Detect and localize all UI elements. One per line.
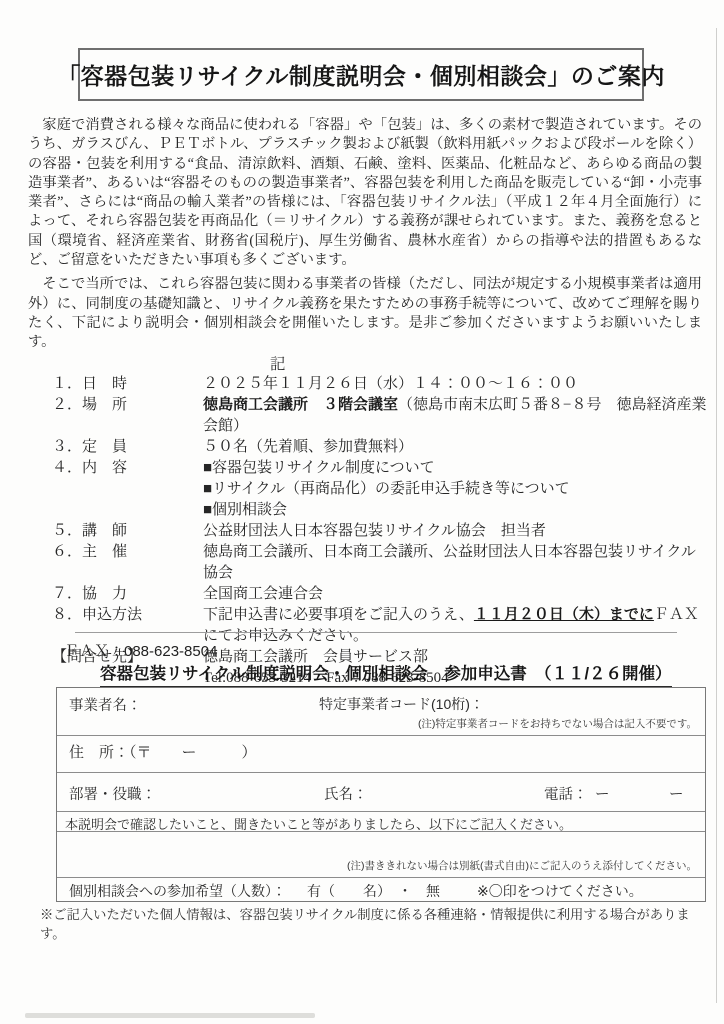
scan-edge-artifact bbox=[716, 28, 717, 1003]
form-row-questions-header: 本説明会で確認したいこと、聞きたいこと等がありましたら、以下にご記入ください。 bbox=[57, 812, 705, 832]
privacy-note: ※ご記入いただいた個人情報は、容器包装リサイクル制度に係る各種連絡・情報提供に利… bbox=[40, 904, 700, 942]
form-row-consultation: 個別相談会への参加希望（人数）： 有（ 名） ・ 無 ※〇印をつけてください。 bbox=[57, 878, 705, 901]
content-line-2: ■リサイクル（再商品化）の委託申込手続き等について bbox=[203, 479, 708, 500]
agenda-value: ■容器包装リサイクル制度について ■リサイクル（再商品化）の委託申込手続き等につ… bbox=[203, 458, 708, 521]
intro-paragraph-1: 家庭で消費される様々な商品に使われる「容器」や「包装」は、多くの素材で製造されて… bbox=[28, 116, 702, 270]
agenda-label: １．日 時 bbox=[52, 374, 203, 395]
application-form-table: 事業者名： 特定事業者コード(10桁)： (注)特定事業者コードをお持ちでない場… bbox=[56, 687, 706, 902]
agenda-item-datetime: １．日 時 ２０２５年１１月２６日（水）１４：００～１６：００ bbox=[52, 374, 708, 395]
agenda-value: 徳島商工会議所、日本商工会議所、公益財団法人日本容器包装リサイクル協会 bbox=[203, 542, 708, 584]
form-row-questions-space: (注)書ききれない場合は別紙(書式自由)にご記入のうえ添付してください。 bbox=[57, 832, 705, 878]
place-name: 徳島商工会議所 ３階会議室 bbox=[203, 397, 398, 413]
title-box: 「容器包装リサイクル制度説明会・個別相談会」のご案内 bbox=[78, 48, 644, 101]
agenda-value: 下記申込書に必要事項をご記入のうえ、１１月２０日（木）までにＦＡＸにてお申込みく… bbox=[203, 605, 708, 647]
form-row-person: 部署・役職： 氏名： 電話： ー ー bbox=[57, 773, 705, 812]
content-line-1: ■容器包装リサイクル制度について bbox=[203, 458, 708, 479]
business-code-note: (注)特定事業者コードをお持ちでない場合は記入不要です。 bbox=[418, 716, 697, 731]
agenda-value: ２０２５年１１月２６日（水）１４：００～１６：００ bbox=[203, 374, 708, 395]
questions-note: (注)書ききれない場合は別紙(書式自由)にご記入のうえ添付してください。 bbox=[347, 858, 697, 873]
application-deadline: １１月２０日（木）までに bbox=[474, 607, 654, 623]
agenda-label: ７．協 力 bbox=[52, 584, 203, 605]
agenda-value: ５０名（先着順、参加費無料） bbox=[203, 437, 708, 458]
consultation-options: 有（ 名） ・ 無 bbox=[307, 881, 440, 901]
application-pre: 下記申込書に必要事項をご記入のうえ、 bbox=[203, 607, 474, 623]
consultation-label: 個別相談会への参加希望（人数）： bbox=[69, 881, 286, 901]
cut-divider-line bbox=[75, 632, 677, 633]
agenda-item-organizer: ６．主 催 徳島商工会議所、日本商工会議所、公益財団法人日本容器包装リサイクル協… bbox=[52, 542, 708, 584]
phone-field-label: 電話： bbox=[544, 783, 588, 804]
agenda-label: ６．主 催 bbox=[52, 542, 203, 584]
agenda-label: ２．場 所 bbox=[52, 395, 203, 437]
phone-blank: ー ー bbox=[595, 783, 688, 804]
application-form-title: 容器包装リサイクル制度説明会・個別相談会 参加申込書 （１１/２６開催） bbox=[100, 660, 672, 688]
fax-number-line: ＦＡＸ：088-623-8504 bbox=[64, 640, 217, 661]
form-row-address: 住 所：（〒 ー ） bbox=[57, 736, 705, 773]
agenda-item-lecturer: ５．講 師 公益財団法人日本容器包装リサイクル協会 担当者 bbox=[52, 521, 708, 542]
intro-section: 家庭で消費される様々な商品に使われる「容器」や「包装」は、多くの素材で製造されて… bbox=[28, 116, 702, 353]
scan-smudge-artifact bbox=[25, 1013, 315, 1018]
department-field-label: 部署・役職： bbox=[69, 783, 156, 804]
agenda-item-capacity: ３．定 員 ５０名（先着順、参加費無料） bbox=[52, 437, 708, 458]
agenda-value: 公益財団法人日本容器包装リサイクル協会 担当者 bbox=[203, 521, 708, 542]
page-title: 「容器包装リサイクル制度説明会・個別相談会」のご案内 bbox=[57, 58, 665, 91]
agenda-item-place: ２．場 所 徳島商工会議所 ３階会議室（徳島市南末広町５番８−８号 徳島経済産業… bbox=[52, 395, 708, 437]
agenda-label: ４．内 容 bbox=[52, 458, 203, 521]
questions-header-text: 本説明会で確認したいこと、聞きたいこと等がありましたら、以下にご記入ください。 bbox=[65, 814, 572, 833]
ki-heading: 記 bbox=[270, 352, 286, 374]
business-code-field-label: 特定事業者コード(10桁)： bbox=[319, 694, 484, 714]
form-row-business: 事業者名： 特定事業者コード(10桁)： (注)特定事業者コードをお持ちでない場… bbox=[57, 688, 705, 736]
consultation-circle-note: ※〇印をつけてください。 bbox=[477, 881, 643, 901]
intro-paragraph-2: そこで当所では、これら容器包装に関わる事業者の皆様（ただし、同法が規定する小規模… bbox=[28, 275, 702, 352]
agenda-value: 徳島商工会議所 ３階会議室（徳島市南末広町５番８−８号 徳島経済産業会館） bbox=[203, 395, 708, 437]
agenda-item-contents: ４．内 容 ■容器包装リサイクル制度について ■リサイクル（再商品化）の委託申込… bbox=[52, 458, 708, 521]
agenda-item-cooperation: ７．協 力 全国商工会連合会 bbox=[52, 584, 708, 605]
name-field-label: 氏名： bbox=[324, 783, 368, 804]
agenda-label: ５．講 師 bbox=[52, 521, 203, 542]
agenda-label: ３．定 員 bbox=[52, 437, 203, 458]
agenda-value: 全国商工会連合会 bbox=[203, 584, 708, 605]
scanned-flyer-page: 「容器包装リサイクル制度説明会・個別相談会」のご案内 家庭で消費される様々な商品… bbox=[0, 0, 724, 1024]
business-name-field-label: 事業者名： bbox=[69, 694, 142, 715]
content-line-3: ■個別相談会 bbox=[203, 500, 708, 521]
address-field-label: 住 所：（〒 ー ） bbox=[69, 741, 257, 762]
